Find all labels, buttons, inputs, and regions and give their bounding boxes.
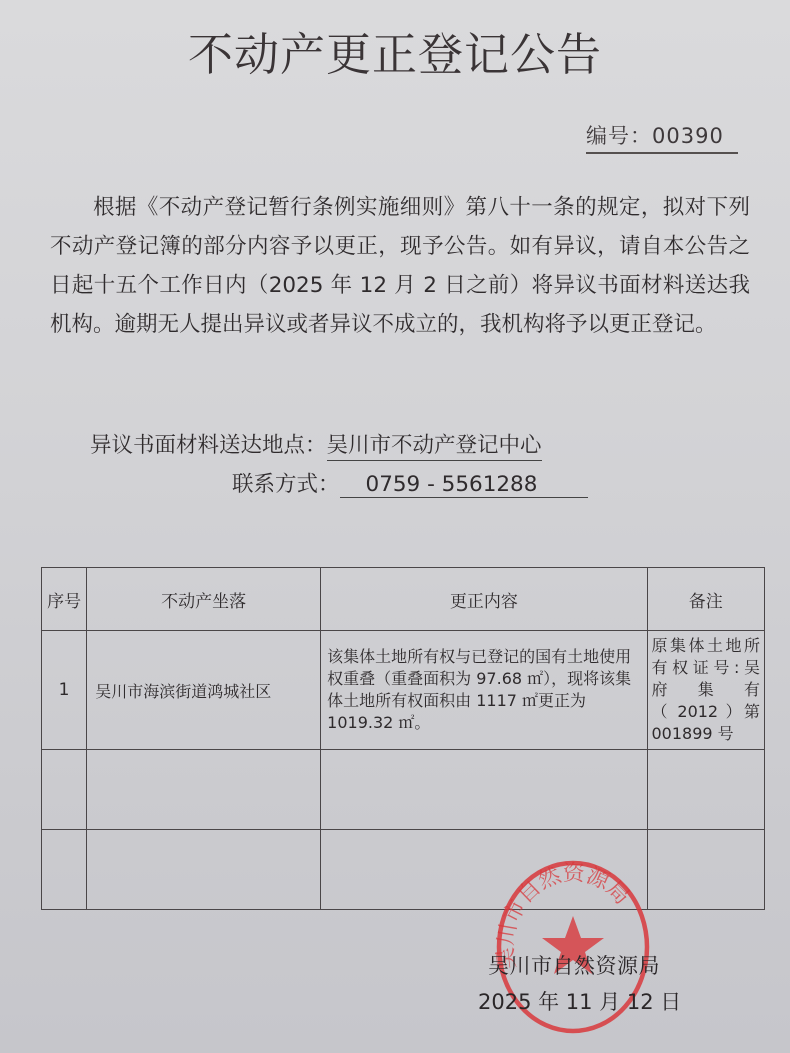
- header-location: 不动产坐落: [87, 568, 321, 631]
- doc-number-label: 编号：: [586, 124, 652, 148]
- note-line: 府 集 有: [652, 679, 761, 701]
- table-row: [42, 830, 765, 910]
- header-note: 备注: [647, 568, 765, 631]
- page-title: 不动产更正登记公告: [0, 18, 790, 83]
- contact-row: 联系方式：0759 - 5561288: [232, 467, 588, 498]
- cell-note: [647, 830, 765, 910]
- cell-content: 该集体土地所有权与已登记的国有土地使用权重叠（重叠面积为 97.68 ㎡），现将…: [321, 631, 647, 750]
- note-line: （ 2012 ）第: [652, 701, 761, 723]
- cell-content: [321, 750, 647, 830]
- contact-label: 联系方式：: [232, 472, 340, 497]
- issue-date: 2025 年 11 月 12 日: [478, 986, 681, 1016]
- issuer-name: 吴川市自然资源局: [488, 950, 660, 980]
- header-content: 更正内容: [321, 568, 647, 631]
- notice-body-text: 根据《不动产登记暂行条例实施细则》第八十一条的规定，拟对下列不动产登记簿的部分内…: [50, 188, 750, 344]
- objection-address-value: 吴川市不动产登记中心: [327, 428, 542, 461]
- table-row: [42, 750, 765, 830]
- note-line: 有权证号:吴: [652, 657, 761, 679]
- cell-no: 1: [42, 631, 87, 750]
- table-row: 1 吴川市海滨街道鸿城社区 该集体土地所有权与已登记的国有土地使用权重叠（重叠面…: [42, 631, 765, 750]
- cell-no: [42, 830, 87, 910]
- cell-no: [42, 750, 87, 830]
- doc-number: 编号：00390: [586, 120, 738, 154]
- objection-address-label: 异议书面材料送达地点：: [90, 433, 327, 458]
- cell-note: 原集体土地所 有权证号:吴 府 集 有 （ 2012 ）第 001899 号: [647, 631, 765, 750]
- note-line: 原集体土地所: [652, 635, 761, 657]
- note-line: 001899 号: [652, 723, 761, 745]
- contact-phone: 0759 - 5561288: [340, 472, 588, 498]
- objection-address-row: 异议书面材料送达地点：吴川市不动产登记中心: [90, 428, 542, 461]
- cell-location: 吴川市海滨街道鸿城社区: [87, 631, 321, 750]
- doc-number-value: 00390: [652, 124, 724, 148]
- correction-table: 序号 不动产坐落 更正内容 备注 1 吴川市海滨街道鸿城社区 该集体土地所有权与…: [41, 567, 765, 910]
- cell-location: [87, 750, 321, 830]
- table-header-row: 序号 不动产坐落 更正内容 备注: [42, 568, 765, 631]
- cell-note: [647, 750, 765, 830]
- notice-page: 不动产更正登记公告 编号：00390 根据《不动产登记暂行条例实施细则》第八十一…: [0, 0, 790, 1053]
- header-no: 序号: [42, 568, 87, 631]
- cell-location: [87, 830, 321, 910]
- notice-body: 根据《不动产登记暂行条例实施细则》第八十一条的规定，拟对下列不动产登记簿的部分内…: [50, 188, 750, 344]
